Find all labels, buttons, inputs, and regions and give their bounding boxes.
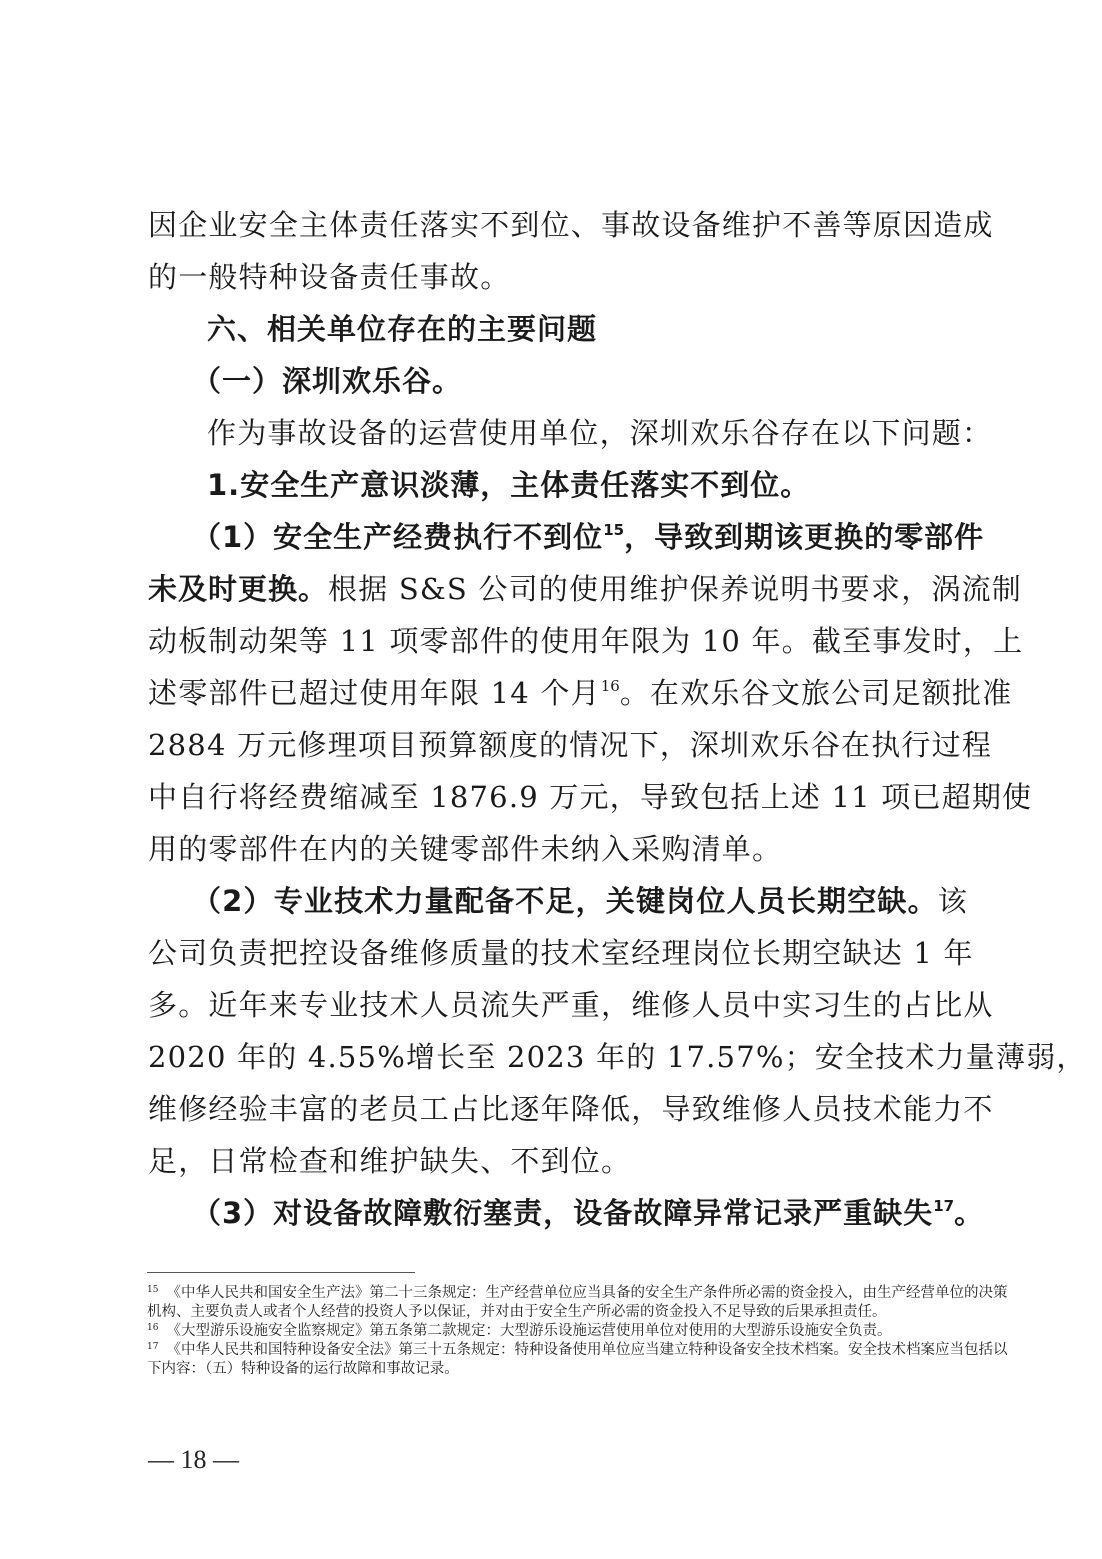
footnote-16: 16《大型游乐设施安全监察规定》第五条第二款规定：大型游乐设施运营使用单位对使用…	[147, 1322, 969, 1340]
document-page: 因企业安全主体责任落实不到位、事故设备维护不善等原因造成 的一般特种设备责任事故…	[0, 0, 1102, 1559]
footnote-ref-15: 15	[603, 521, 624, 539]
item-1-3-heading: （3）对设备故障敷衍塞责，设备故障异常记录严重缺失17。	[192, 1195, 968, 1231]
paragraph-line: 因企业安全主体责任落实不到位、事故设备维护不善等原因造成	[148, 207, 968, 243]
footnote-15-continued: 机构、主要负责人或者个人经营的投资人予以保证，并对由于安全生产所必需的资金投入不…	[147, 1303, 969, 1321]
item-1-1-heading: （1）安全生产经费执行不到位15，导致到期该更换的零部件	[192, 519, 968, 555]
paragraph-line: 中自行将经费缩减至 1876.9 万元，导致包括上述 11 项已超期使	[148, 779, 968, 815]
paragraph-line: 述零部件已超过使用年限 14 个月16。在欢乐谷文旅公司足额批准	[148, 675, 968, 711]
footnote-17: 17《中华人民共和国特种设备安全法》第三十五条规定：特种设备使用单位应当建立特种…	[147, 1341, 969, 1359]
item-1-2-bold: （2）专业技术力量配备不足，关键岗位人员长期空缺。	[192, 884, 938, 918]
paragraph-line: 用的零部件在内的关键零部件未纳入采购清单。	[148, 831, 968, 867]
paragraph-line: 2884 万元修理项目预算额度的情况下，深圳欢乐谷在执行过程	[148, 727, 968, 763]
item-1-1-text: 根据 S&S 公司的使用维护保养说明书要求，涡流制	[328, 572, 1022, 606]
paragraph-line: 多。近年来专业技术人员流失严重，维修人员中实习生的占比从	[148, 987, 968, 1023]
item-1-1-bold-a: （1）安全生产经费执行不到位	[192, 520, 603, 554]
footnote-number: 15	[147, 1285, 158, 1295]
footnote-number: 16	[147, 1323, 158, 1333]
item-1-heading: 1.安全生产意识淡薄，主体责任落实不到位。	[207, 467, 968, 503]
paragraph-line: 2020 年的 4.55%增长至 2023 年的 17.57%；安全技术力量薄弱…	[148, 1039, 968, 1075]
footnote-text: 《中华人民共和国安全生产法》第二十三条规定：生产经营单位应当具备的安全生产条件所…	[166, 1285, 1007, 1301]
paragraph-text: 该	[938, 884, 968, 918]
paragraph-line: 足，日常检查和维护缺失、不到位。	[148, 1143, 968, 1179]
footnote-15: 15《中华人民共和国安全生产法》第二十三条规定：生产经营单位应当具备的安全生产条…	[147, 1284, 969, 1302]
paragraph-text: 述零部件已超过使用年限 14 个月	[148, 676, 601, 710]
item-1-1-bold-b: ，导致到期该更换的零部件	[624, 520, 984, 554]
footnote-number: 17	[147, 1342, 158, 1352]
footnote-17-continued: 下内容：（五）特种设备的运行故障和事故记录。	[147, 1360, 969, 1378]
footnote-divider	[147, 1272, 415, 1273]
subheading-shenzhen-happy-valley: （一）深圳欢乐谷。	[192, 363, 1012, 399]
footnote-text: 《大型游乐设施安全监察规定》第五条第二款规定：大型游乐设施运营使用单位对使用的大…	[166, 1323, 891, 1339]
section-heading: 六、相关单位存在的主要问题	[207, 311, 968, 347]
paragraph-text: 。	[954, 1196, 984, 1230]
page-number: — 18 —	[148, 1444, 239, 1476]
item-1-3-bold: （3）对设备故障敷衍塞责，设备故障异常记录严重缺失	[192, 1196, 933, 1230]
item-1-1-bold-c: 未及时更换。	[148, 572, 328, 606]
footnote-ref-16: 16	[601, 677, 620, 695]
paragraph-line: 维修经验丰富的老员工占比逐年降低，导致维修人员技术能力不	[148, 1091, 968, 1127]
paragraph-line: 的一般特种设备责任事故。	[148, 259, 968, 295]
item-1-2-heading: （2）专业技术力量配备不足，关键岗位人员长期空缺。该	[192, 883, 968, 919]
paragraph-line: 动板制动架等 11 项零部件的使用年限为 10 年。截至事发时，上	[148, 623, 968, 659]
footnote-ref-17: 17	[933, 1197, 954, 1215]
footnote-text: 《中华人民共和国特种设备安全法》第三十五条规定：特种设备使用单位应当建立特种设备…	[166, 1342, 1007, 1358]
paragraph-line: 未及时更换。根据 S&S 公司的使用维护保养说明书要求，涡流制	[148, 571, 968, 607]
paragraph-line: 公司负责把控设备维修质量的技术室经理岗位长期空缺达 1 年	[148, 935, 968, 971]
paragraph-text: 。在欢乐谷文旅公司足额批准	[620, 676, 1013, 710]
intro-paragraph: 作为事故设备的运营使用单位，深圳欢乐谷存在以下问题：	[207, 415, 968, 451]
